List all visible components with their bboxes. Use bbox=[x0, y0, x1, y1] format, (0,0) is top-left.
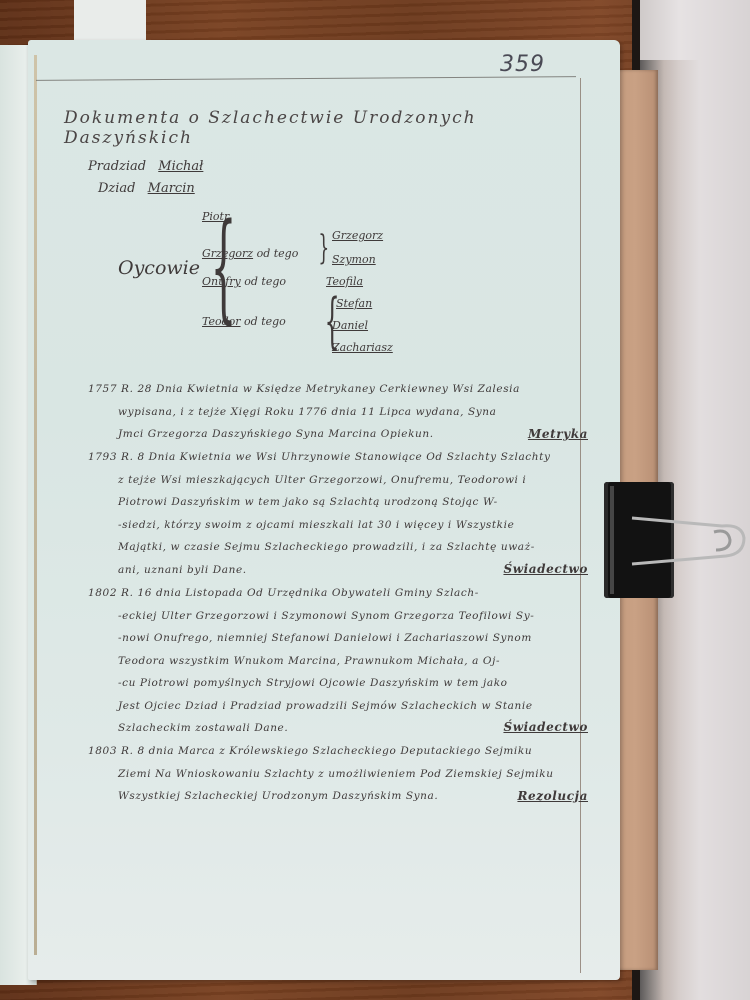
document-title: Dokumenta o Szlachectwie Urodzonych Dasz… bbox=[64, 108, 584, 148]
child-connector: od tego bbox=[257, 247, 299, 260]
entry-type-label: Świadectwo bbox=[503, 558, 588, 581]
entry-line: Jest Ojciec Dziad i Pradziad prowadzili … bbox=[88, 695, 588, 718]
tree-child: Teodor od tego bbox=[202, 315, 286, 328]
child-connector: od tego bbox=[244, 275, 286, 288]
brace-icon: } bbox=[318, 231, 329, 265]
page-number: 359 bbox=[500, 52, 545, 77]
grandchild-name: Stefan bbox=[336, 297, 372, 310]
tree-child: Grzegorz od tego bbox=[202, 247, 298, 260]
entry-line: 1793 R. 8 Dnia Kwietnia we Wsi Uhrzynowi… bbox=[88, 446, 588, 469]
entry-line: 1802 R. 16 dnia Listopada Od Urzędnika O… bbox=[88, 582, 588, 605]
record-entry: 1757 R. 28 Dnia Kwietnia w Księdze Metry… bbox=[88, 378, 588, 446]
record-entry: 1802 R. 16 dnia Listopada Od Urzędnika O… bbox=[88, 582, 588, 740]
ancestor-name: Michał bbox=[158, 159, 203, 174]
entry-line: 1803 R. 8 dnia Marca z Królewskiego Szla… bbox=[88, 740, 588, 763]
entry-line: 1757 R. 28 Dnia Kwietnia w Księdze Metry… bbox=[88, 378, 588, 401]
binding-thread bbox=[34, 55, 37, 955]
binder-clip-icon[interactable] bbox=[604, 482, 674, 598]
ancestor-name: Marcin bbox=[148, 181, 195, 196]
entry-line: -siedzi, którzy swoim z ojcami mieszkali… bbox=[88, 514, 588, 537]
entry-line: Ziemi Na Wnioskowaniu Szlachty z umożliw… bbox=[88, 763, 588, 786]
ancestor-list: Pradziad Michał Dziad Marcin bbox=[88, 156, 203, 200]
entry-type-label: Świadectwo bbox=[503, 716, 588, 739]
grandchild-name: Szymon bbox=[332, 253, 376, 266]
entry-line: Teodora wszystkim Wnukom Marcina, Prawnu… bbox=[88, 650, 588, 673]
record-entry: 1803 R. 8 dnia Marca z Królewskiego Szla… bbox=[88, 740, 588, 808]
entry-line: -eckiej Ulter Grzegorzowi i Szymonowi Sy… bbox=[88, 605, 588, 628]
family-tree: Oycowie { Piotr Grzegorz od tego Onufry … bbox=[110, 205, 430, 355]
ancestor-grandfather: Dziad Marcin bbox=[88, 178, 203, 200]
ancestor-label: Dziad bbox=[98, 181, 136, 196]
entry-line: Majątki, w czasie Sejmu Szlacheckiego pr… bbox=[88, 536, 588, 559]
record-entry: 1793 R. 8 Dnia Kwietnia we Wsi Uhrzynowi… bbox=[88, 446, 588, 581]
entry-line: Wszystkiej Szlacheckiej Urodzonym Daszyń… bbox=[88, 785, 588, 808]
entry-line: Jmci Grzegorza Daszyńskiego Syna Marcina… bbox=[88, 423, 588, 446]
entry-line: wypisana, i z tejże Xięgi Roku 1776 dnia… bbox=[88, 401, 588, 424]
tree-child: Onufry od tego bbox=[202, 275, 286, 288]
entry-type-label: Rezolucja bbox=[517, 785, 588, 808]
grandchild-name: Grzegorz bbox=[332, 229, 383, 242]
entry-line: Piotrowi Daszyńskim w tem jako są Szlach… bbox=[88, 491, 588, 514]
tree-child: Piotr bbox=[202, 210, 229, 223]
child-name: Teodor bbox=[202, 315, 241, 328]
entry-type-label: Metryka bbox=[528, 423, 588, 446]
grandchild-name: Daniel bbox=[332, 319, 368, 332]
clip-handle-icon bbox=[604, 482, 750, 598]
child-name: Grzegorz bbox=[202, 247, 253, 260]
brace-icon: { bbox=[210, 207, 236, 325]
child-connector: od tego bbox=[244, 315, 286, 328]
child-name: Piotr bbox=[202, 210, 229, 223]
entry-line: z tejże Wsi mieszkających Ulter Grzegorz… bbox=[88, 469, 588, 492]
entry-line: -cu Piotrowi pomyślnych Stryjowi Ojcowie… bbox=[88, 672, 588, 695]
grandchild-name: Zachariasz bbox=[332, 341, 393, 354]
grandchild-name: Teofila bbox=[326, 275, 363, 288]
entry-line: -nowi Onufrego, niemniej Stefanowi Danie… bbox=[88, 627, 588, 650]
child-name: Onufry bbox=[202, 275, 241, 288]
tree-root: Oycowie bbox=[118, 257, 200, 279]
ancestor-great-grandfather: Pradziad Michał bbox=[88, 156, 203, 178]
ancestor-label: Pradziad bbox=[88, 159, 146, 174]
